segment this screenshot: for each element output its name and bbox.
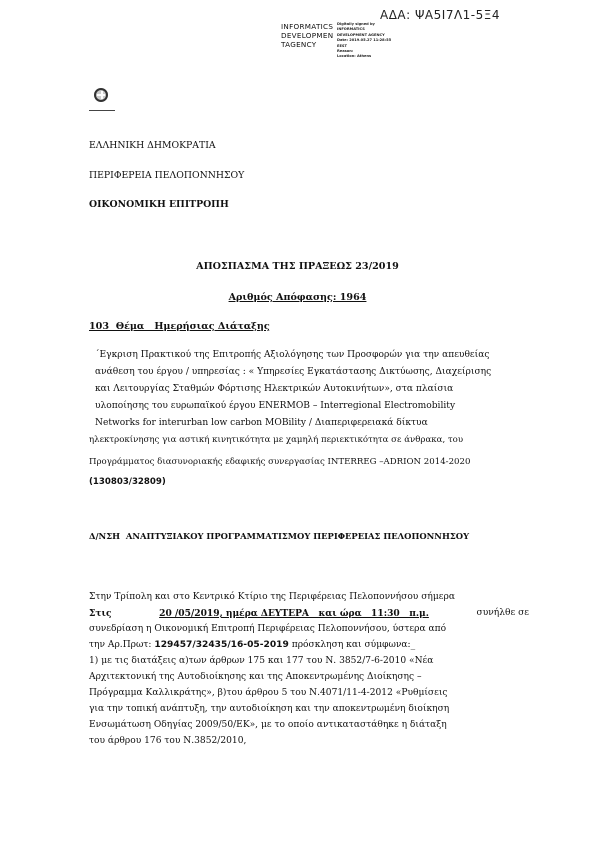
minutes-body: Στην Τρίπολη και στο Κεντρικό Κτίριο της… bbox=[89, 592, 529, 752]
digital-signature-label: INFORMATICS DEVELOPMEN TAGENCY bbox=[281, 22, 333, 49]
signature-detail-line: Location: Athens bbox=[337, 54, 391, 59]
protocol-suffix: πρόσκληση και σύμφωνα:_ bbox=[292, 640, 415, 650]
body-line-protocol: την Αρ.Πρωτ: 129457/32435/16-05-2019 πρό… bbox=[89, 640, 529, 656]
digital-signature-details: Digitally signed by INFORMATICS DEVELOPM… bbox=[337, 22, 391, 60]
subject-line: Networks for interurban low carbon MOBil… bbox=[95, 418, 535, 435]
protocol-prefix: την Αρ.Πρωτ: bbox=[89, 640, 152, 650]
protocol-number: 129457/32435/16-05-2019 bbox=[154, 640, 288, 650]
signature-detail-line: Date: 2019.05.27 11:28:55 bbox=[337, 38, 391, 43]
body-line: για την τοπική ανάπτυξη, την αυτοδιοίκησ… bbox=[89, 704, 529, 720]
extract-title: ΑΠΟΣΠΑΣΜΑ ΤΗΣ ΠΡΑΞΕΩΣ 23/2019 bbox=[0, 261, 595, 272]
subject-continuation-1: ηλεκτροκίνησης για αστική κινητικότητα μ… bbox=[89, 435, 463, 445]
date-suffix: συνήλθε σε bbox=[477, 608, 529, 624]
body-line: Πρόγραμμα Καλλικράτης», β)του άρθρου 5 τ… bbox=[89, 688, 529, 704]
subject-line: ανάθεση του έργου / υπηρεσίας : « Υπηρεσ… bbox=[95, 367, 535, 384]
agenda-item: 103 Θέμα Ημερήσιας Διάταξης bbox=[89, 321, 270, 332]
directorate: Δ/ΝΣΗ ΑΝΑΠΤΥΞΙΑΚΟΥ ΠΡΟΓΡΑΜΜΑΤΙΣΜΟΥ ΠΕΡΙΦ… bbox=[89, 531, 469, 541]
signature-label-line: DEVELOPMEN bbox=[281, 31, 333, 40]
date-prefix: Στις bbox=[89, 608, 112, 624]
meeting-date: 20 /05/2019, ημέρα ΔΕΥΤΕΡΑ και ώρα 11:30… bbox=[159, 608, 429, 624]
authority-republic: ΕΛΛΗΝΙΚΗ ΔΗΜΟΚΡΑΤΙΑ bbox=[89, 140, 216, 151]
subject-line: και Λειτουργίας Σταθμών Φόρτισης Ηλεκτρι… bbox=[95, 384, 535, 401]
greek-emblem-icon bbox=[94, 88, 108, 102]
body-line: του άρθρου 176 του Ν.3852/2010, bbox=[89, 736, 529, 752]
subject-block: ΄Εγκριση Πρακτικού της Επιτροπής Αξιολόγ… bbox=[95, 350, 535, 435]
body-line: Αρχιτεκτονική της Αυτοδιοίκησης και της … bbox=[89, 672, 529, 688]
emblem-divider bbox=[89, 110, 115, 111]
authority-region: ΠΕΡΙΦΕΡΕΙΑ ΠΕΛΟΠΟΝΝΗΣΟΥ bbox=[89, 170, 244, 181]
subject-line: υλοποίησης του ευρωπαϊκού έργου ENERMOB … bbox=[95, 401, 535, 418]
body-line: 1) με τις διατάξεις α)των άρθρων 175 και… bbox=[89, 656, 529, 672]
decision-number: Αριθμός Απόφασης: 1964 bbox=[0, 292, 595, 303]
signature-label-line: TAGENCY bbox=[281, 40, 333, 49]
body-line: Στην Τρίπολη και στο Κεντρικό Κτίριο της… bbox=[89, 592, 529, 608]
subject-code: (130803/32809) bbox=[89, 477, 166, 487]
body-line: Ενσωμάτωση Οδηγίας 2009/50/ΕΚ», με το οπ… bbox=[89, 720, 529, 736]
body-line: συνεδρίαση η Οικονομική Επιτροπή Περιφέρ… bbox=[89, 624, 529, 640]
subject-line: ΄Εγκριση Πρακτικού της Επιτροπής Αξιολόγ… bbox=[95, 350, 535, 367]
body-line-date: Στις 20 /05/2019, ημέρα ΔΕΥΤΕΡΑ και ώρα … bbox=[89, 608, 529, 624]
authority-committee: ΟΙΚΟΝΟΜΙΚΗ ΕΠΙΤΡΟΠΗ bbox=[89, 199, 229, 210]
ada-code: ΑΔΑ: ΨΑ5Ι7Λ1-5Ξ4 bbox=[380, 8, 500, 22]
subject-continuation-2: Προγράμματος διασυνοριακής εδαφικής συνε… bbox=[89, 457, 470, 467]
signature-label-line: INFORMATICS bbox=[281, 22, 333, 31]
